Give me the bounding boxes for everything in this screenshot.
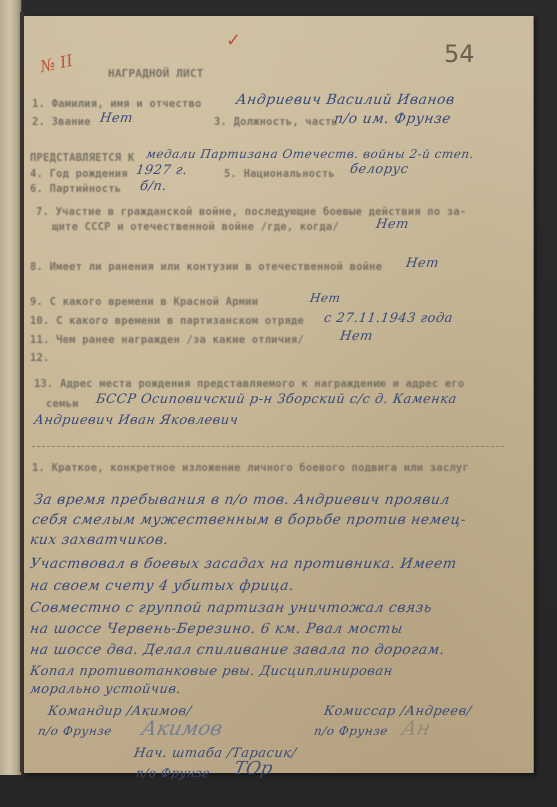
red-check-mark: ✓ bbox=[226, 30, 241, 51]
field-label-birth-year: 4. Год рождения bbox=[30, 168, 128, 180]
commander-unit: п/о Фрунзе bbox=[37, 724, 113, 738]
section-heading-feat: 1. Краткое, конкретное изложение личного… bbox=[32, 462, 469, 474]
chief-of-staff-title-text: Нач. штаба bbox=[133, 746, 224, 761]
field-value-birth-year: 1927 г. bbox=[135, 163, 189, 178]
narrative-line: морально устойчив. bbox=[29, 682, 182, 697]
field-value-partisan-since: с 27.11.1943 года bbox=[323, 311, 454, 326]
field-label-civil-war-line2: щите СССР и отечественной войне /где, ко… bbox=[52, 221, 339, 233]
field-value-address: БССР Осиповичский р-н Зборский с/с д. Ка… bbox=[95, 392, 458, 407]
field-value-nationality: белорус bbox=[349, 162, 409, 177]
field-label-wounds: 8. Имеет ли ранения или контузии в отече… bbox=[30, 261, 382, 273]
award-sheet-page: № II ✓ 54 НАГРАДНОЙ ЛИСТ 1. Фамилия, имя… bbox=[24, 16, 534, 773]
page-number: 54 bbox=[444, 40, 475, 68]
narrative-line: на своем счету 4 убитых фрица. bbox=[29, 578, 295, 594]
field-label-red-army: 9. С какого времени в Красной Армии bbox=[30, 296, 258, 308]
field-label-12: 12. bbox=[30, 352, 50, 364]
field-label-party: 6. Партийность bbox=[30, 183, 121, 195]
field-value-red-army: Нет bbox=[309, 291, 341, 305]
adjacent-page-binding bbox=[0, 0, 22, 775]
commissar-title-text: Комиссар bbox=[323, 704, 397, 719]
field-value-award: медали Партизана Отечеств. войны 2-й сте… bbox=[145, 147, 475, 161]
commissar-title: Комиссар /Андреев/ bbox=[323, 704, 473, 719]
field-label-name: 1. Фамилия, имя и отчество bbox=[32, 98, 202, 110]
chief-of-staff-unit: п/о Фрунзе bbox=[135, 766, 211, 780]
scan-background: № II ✓ 54 НАГРАДНОЙ ЛИСТ 1. Фамилия, имя… bbox=[0, 0, 557, 807]
commissar-unit: п/о Фрунзе bbox=[313, 724, 389, 738]
commander-title-text: Командир bbox=[47, 704, 123, 719]
chief-of-staff-signature: ТОр bbox=[232, 758, 275, 779]
field-value-position: п/о им. Фрунзе bbox=[333, 111, 452, 127]
field-label-presented-for: ПРЕДСТАВЛЯЕТСЯ К bbox=[30, 152, 134, 164]
narrative-line: Участвовал в боевых засадах на противник… bbox=[29, 556, 458, 572]
field-value-rank: Нет bbox=[99, 111, 134, 126]
commander-signature: Акимов bbox=[139, 716, 224, 740]
narrative-line: Копал противотанковые рвы. Дисциплиниров… bbox=[29, 664, 394, 679]
narrative-line: За время пребывания в п/о тов. Андриевич… bbox=[33, 492, 451, 508]
narrative-line: Совместно с группой партизан уничтожал с… bbox=[29, 600, 433, 616]
field-value-name: Андриевич Василий Иванов bbox=[235, 92, 456, 108]
document-title: НАГРАДНОЙ ЛИСТ bbox=[108, 67, 204, 80]
field-value-prior-awards: Нет bbox=[339, 329, 374, 344]
field-label-address-line1: 13. Адрес места рождения представляемого… bbox=[34, 378, 464, 390]
field-value-party: б/п. bbox=[139, 179, 168, 194]
field-label-partisan-since: 10. С какого времени в партизанском отря… bbox=[30, 315, 304, 327]
narrative-line: себя смелым мужественным в борьбе против… bbox=[31, 512, 467, 528]
section-divider bbox=[32, 446, 504, 447]
field-label-position: 3. Должность, часть bbox=[214, 116, 338, 128]
narrative-line: на шоссе Червень-Березино. 6 км. Рвал мо… bbox=[29, 621, 404, 637]
red-reference-mark: № II bbox=[38, 51, 74, 76]
commissar-signature: Ан bbox=[399, 716, 432, 740]
field-label-address-line2: семьи bbox=[46, 398, 79, 410]
field-value-civil-war: Нет bbox=[375, 217, 410, 232]
field-value-family: Андриевич Иван Яковлевич bbox=[33, 413, 239, 428]
field-label-rank: 2. Звание bbox=[32, 116, 91, 128]
field-label-nationality: 5. Национальность bbox=[224, 168, 335, 180]
field-label-prior-awards: 11. Чем ранее награжден /за какие отличи… bbox=[30, 334, 304, 346]
narrative-line: ких захватчиков. bbox=[29, 532, 170, 548]
field-value-wounds: Нет bbox=[405, 256, 440, 271]
narrative-line: на шоссе два. Делал спиливание завала по… bbox=[29, 642, 446, 658]
